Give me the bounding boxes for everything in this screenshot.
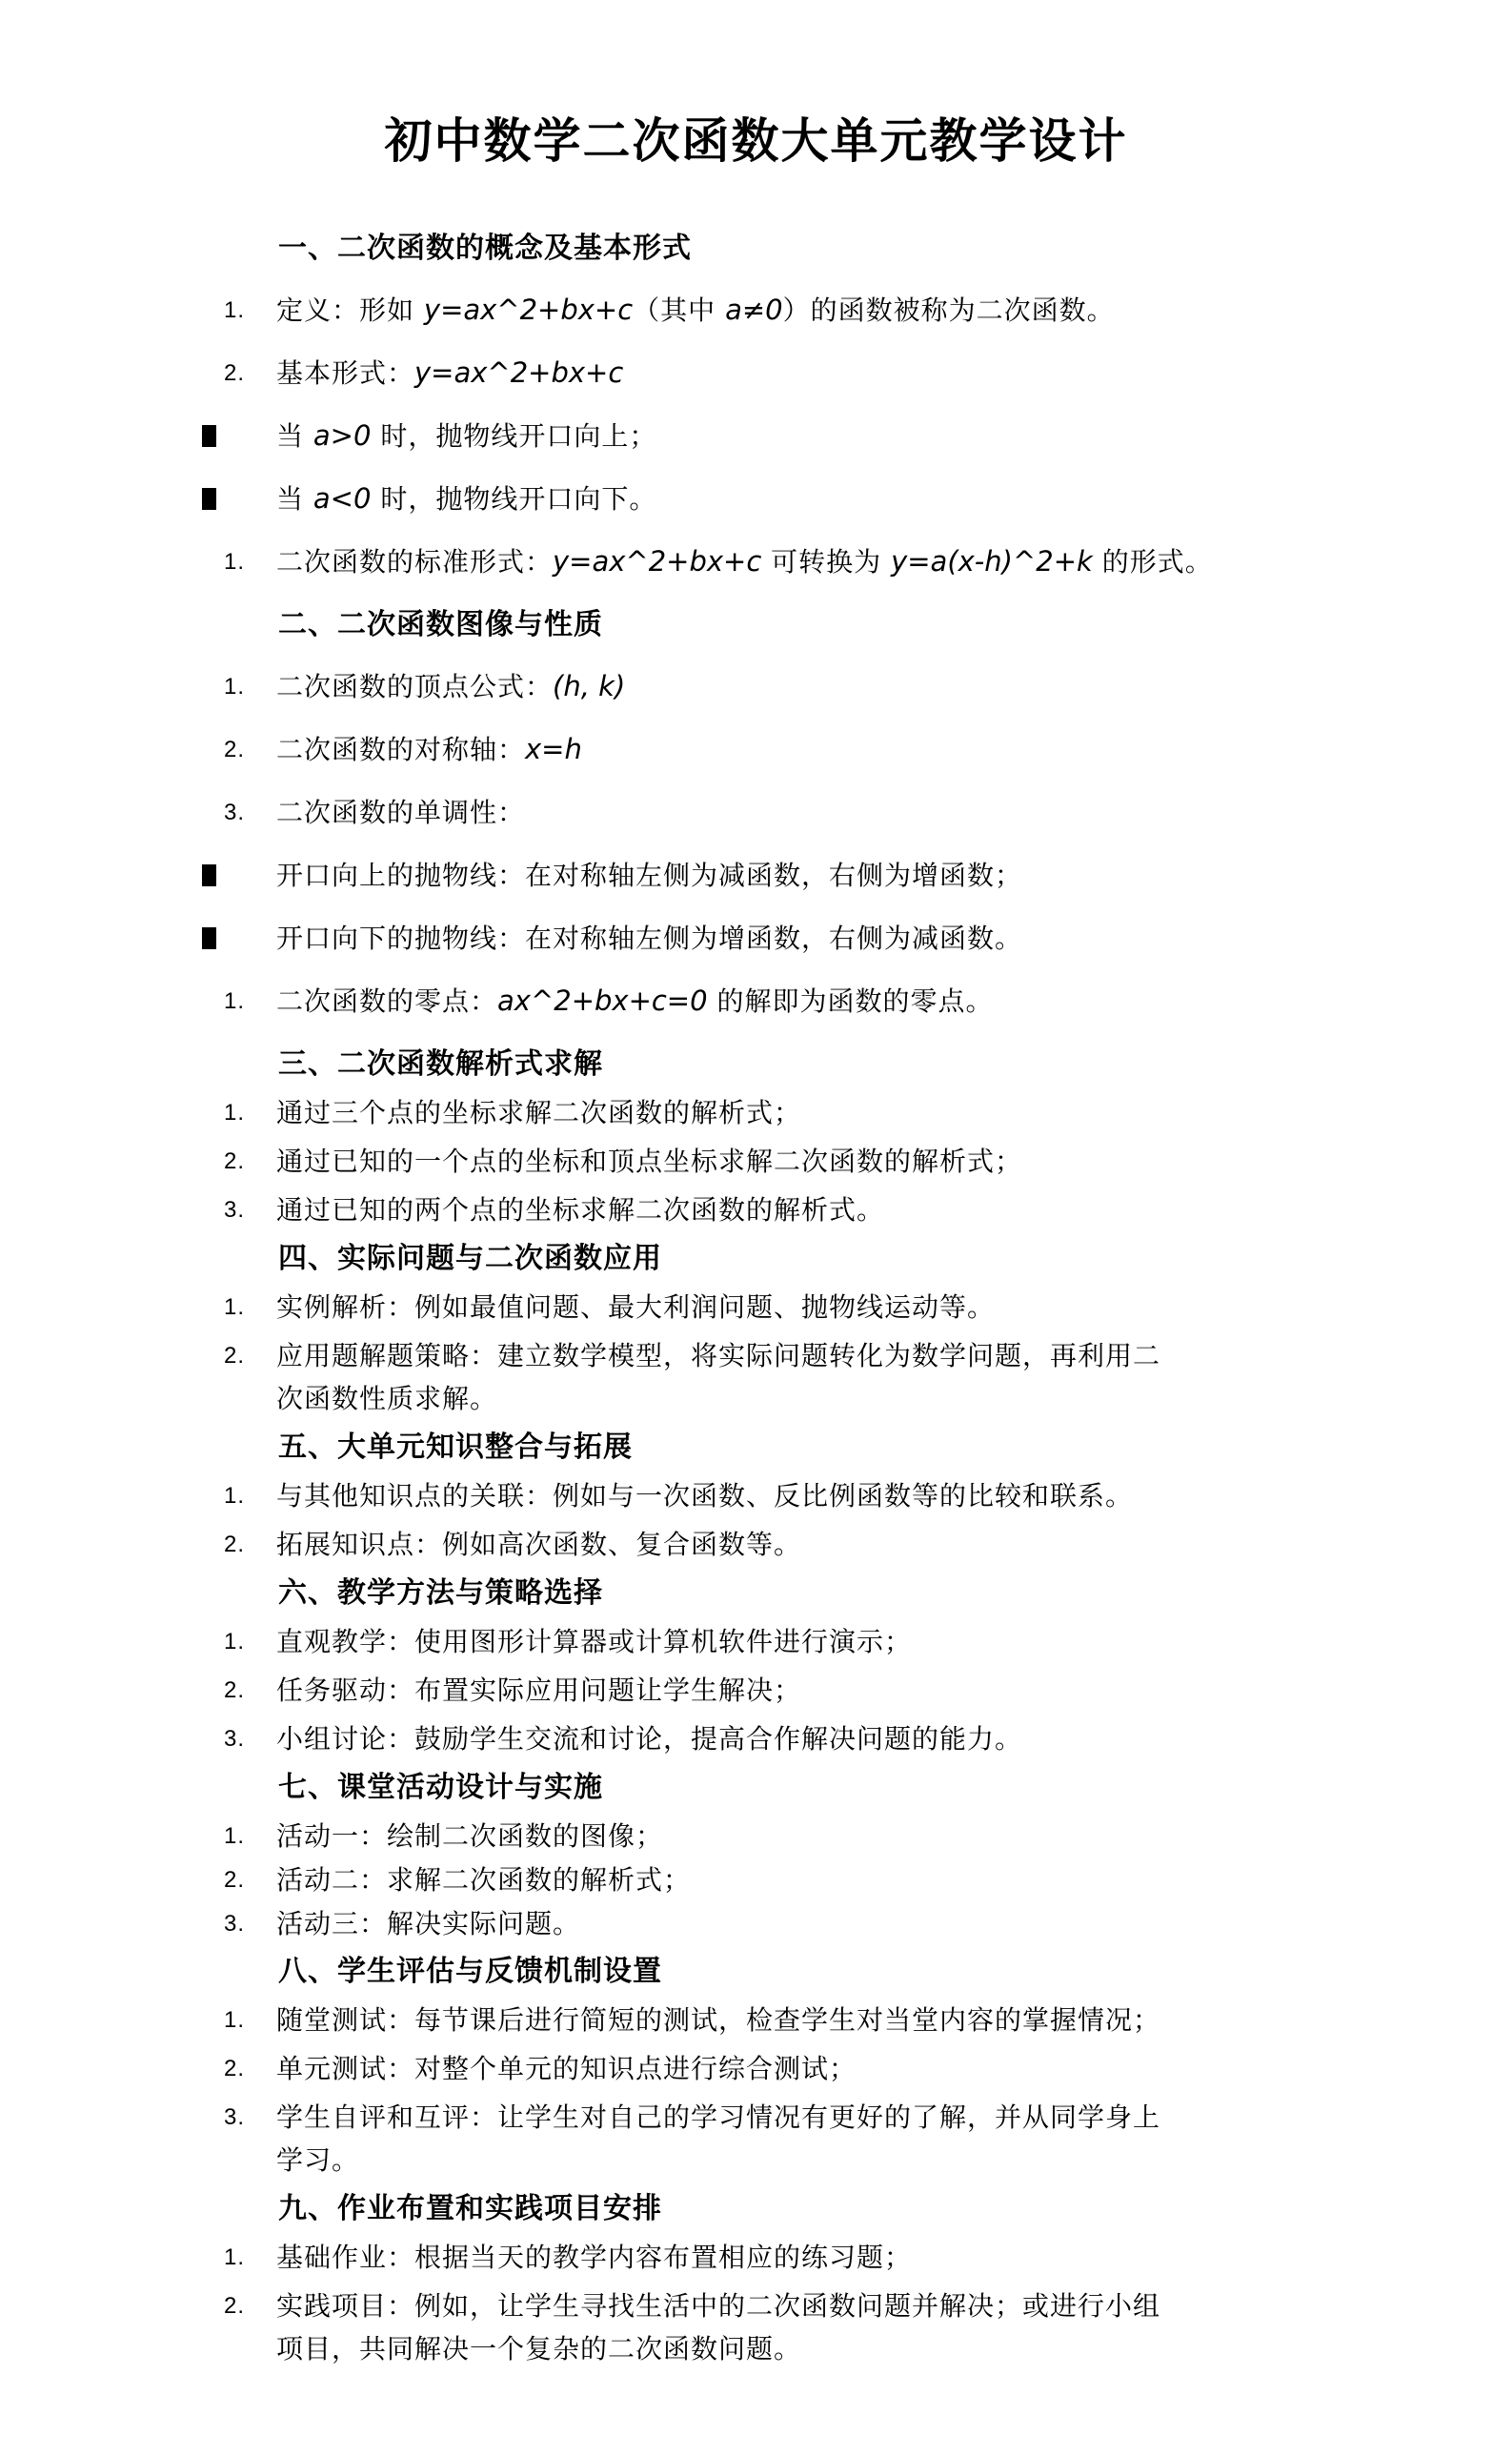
item-text: 应用题解题策略：建立数学模型，将实际问题转化为数学问题，再利用二次函数性质求解。: [276, 1340, 1160, 1414]
text-run: 二次函数的对称轴：: [276, 734, 525, 765]
math-formula: a<0: [313, 482, 372, 515]
list-item: 3.通过已知的两个点的坐标求解二次函数的解析式。: [0, 1188, 1369, 1231]
item-text: 活动二：求解二次函数的解析式；: [276, 1864, 691, 1896]
number-marker: 3.: [224, 791, 276, 834]
math-formula: (h, k): [553, 670, 625, 702]
number-marker: 2.: [224, 2284, 276, 2327]
number-marker: 1.: [224, 980, 276, 1023]
list-item: 2.实践项目：例如，让学生寻找生活中的二次函数问题并解决；或进行小组项目，共同解…: [0, 2284, 1369, 2370]
section-heading: 七、课堂活动设计与实施: [0, 1766, 1369, 1809]
bullet-square-icon: [202, 927, 216, 949]
item-text: 与其他知识点的关联：例如与一次函数、反比例函数等的比较和联系。: [276, 1480, 1133, 1512]
list-item: 2.二次函数的对称轴：x=h: [0, 728, 1369, 771]
section: 八、学生评估与反馈机制设置1.随堂测试：每节课后进行简短的测试，检查学生对当堂内…: [0, 1950, 1369, 2182]
section: 六、教学方法与策略选择1.直观教学：使用图形计算器或计算机软件进行演示；2.任务…: [0, 1572, 1369, 1760]
section: 五、大单元知识整合与拓展1.与其他知识点的关联：例如与一次函数、反比例函数等的比…: [0, 1426, 1369, 1566]
item-text: 实例解析：例如最值问题、最大利润问题、抛物线运动等。: [276, 1291, 995, 1323]
bullet-square-icon: [202, 425, 216, 447]
section-heading: 九、作业布置和实践项目安排: [0, 2187, 1369, 2230]
text-run: 可转换为: [761, 546, 891, 578]
item-text: 通过三个点的坐标求解二次函数的解析式；: [276, 1097, 801, 1128]
list-item: 开口向上的抛物线：在对称轴左侧为减函数，右侧为增函数；: [0, 854, 1369, 897]
text-run: 开口向上的抛物线：在对称轴左侧为减函数，右侧为增函数；: [276, 860, 1022, 891]
section-heading: 八、学生评估与反馈机制设置: [0, 1950, 1369, 1993]
math-formula: y=ax^2+bx+c: [424, 294, 633, 326]
item-text: 单元测试：对整个单元的知识点进行综合测试；: [276, 2053, 857, 2084]
number-marker: 2.: [224, 1140, 276, 1183]
text-run: 学习。: [276, 2144, 359, 2176]
number-marker: 2.: [224, 352, 276, 395]
list-item: 1.二次函数的零点：ax^2+bx+c=0 的解即为函数的零点。: [0, 980, 1369, 1023]
list-item: 1.定义：形如 y=ax^2+bx+c（其中 a≠0）的函数被称为二次函数。: [0, 289, 1369, 332]
text-run: 小组讨论：鼓励学生交流和讨论，提高合作解决问题的能力。: [276, 1723, 1022, 1755]
text-run: 学生自评和互评：让学生对自己的学习情况有更好的了解，并从同学身上: [276, 2101, 1160, 2133]
item-text: 二次函数的单调性：: [276, 797, 525, 828]
item-text: 开口向下的抛物线：在对称轴左侧为增函数，右侧为减函数。: [276, 923, 1022, 954]
bullet-square-icon: [202, 864, 216, 886]
text-run: 任务驱动：布置实际应用问题让学生解决；: [276, 1675, 801, 1706]
section-heading: 四、实际问题与二次函数应用: [0, 1237, 1369, 1280]
item-text: 活动三：解决实际问题。: [276, 1908, 580, 1939]
item-text: 二次函数的对称轴：x=h: [276, 734, 582, 765]
number-marker: 2.: [224, 1669, 276, 1712]
document-body: 一、二次函数的概念及基本形式1.定义：形如 y=ax^2+bx+c（其中 a≠0…: [0, 170, 1512, 2370]
section: 四、实际问题与二次函数应用1.实例解析：例如最值问题、最大利润问题、抛物线运动等…: [0, 1237, 1369, 1420]
text-run: 当: [276, 483, 313, 515]
section: 二、二次函数图像与性质1.二次函数的顶点公式：(h, k)2.二次函数的对称轴：…: [0, 603, 1369, 1023]
number-marker: 3.: [224, 1717, 276, 1760]
item-text: 二次函数的标准形式：y=ax^2+bx+c 可转换为 y=a(x-h)^2+k …: [276, 546, 1213, 578]
number-marker: 1.: [224, 1999, 276, 2041]
document-page: 初中数学二次函数大单元教学设计 一、二次函数的概念及基本形式1.定义：形如 y=…: [0, 0, 1512, 2456]
list-item: 2.基本形式：y=ax^2+bx+c: [0, 352, 1369, 395]
list-item: 1.直观教学：使用图形计算器或计算机软件进行演示；: [0, 1620, 1369, 1663]
math-formula: y=ax^2+bx+c: [553, 545, 761, 578]
item-text: 通过已知的一个点的坐标和顶点坐标求解二次函数的解析式；: [276, 1146, 1022, 1177]
item-text: 直观教学：使用图形计算器或计算机软件进行演示；: [276, 1626, 912, 1657]
list-item: 1.实例解析：例如最值问题、最大利润问题、抛物线运动等。: [0, 1286, 1369, 1329]
item-text: 定义：形如 y=ax^2+bx+c（其中 a≠0）的函数被称为二次函数。: [276, 294, 1115, 326]
text-run: 活动一：绘制二次函数的图像；: [276, 1820, 663, 1852]
number-marker: 1.: [224, 1620, 276, 1663]
text-run: 的解即为函数的零点。: [708, 985, 994, 1017]
math-formula: a>0: [313, 419, 372, 452]
text-run: 通过三个点的坐标求解二次函数的解析式；: [276, 1097, 801, 1128]
number-marker: 1.: [224, 665, 276, 708]
text-run: 随堂测试：每节课后进行简短的测试，检查学生对当堂内容的掌握情况；: [276, 2004, 1160, 2036]
text-run: 二次函数的顶点公式：: [276, 671, 553, 702]
text-run: ）的函数被称为二次函数。: [783, 294, 1115, 326]
item-text: 当 a<0 时，抛物线开口向下。: [276, 483, 656, 515]
item-text: 活动一：绘制二次函数的图像；: [276, 1820, 663, 1852]
list-item: 3.学生自评和互评：让学生对自己的学习情况有更好的了解，并从同学身上学习。: [0, 2096, 1369, 2182]
number-marker: 1.: [224, 289, 276, 332]
list-item: 3.活动三：解决实际问题。: [0, 1902, 1369, 1945]
list-item: 1.通过三个点的坐标求解二次函数的解析式；: [0, 1091, 1369, 1134]
number-marker: 2.: [224, 2047, 276, 2090]
bullet-square-icon: [202, 488, 216, 510]
text-run: 活动三：解决实际问题。: [276, 1908, 580, 1939]
list-item: 3.二次函数的单调性：: [0, 791, 1369, 834]
item-text: 拓展知识点：例如高次函数、复合函数等。: [276, 1529, 801, 1560]
list-item: 2.应用题解题策略：建立数学模型，将实际问题转化为数学问题，再利用二次函数性质求…: [0, 1334, 1369, 1420]
section-heading: 一、二次函数的概念及基本形式: [0, 227, 1369, 270]
section: 三、二次函数解析式求解1.通过三个点的坐标求解二次函数的解析式；2.通过已知的一…: [0, 1043, 1369, 1231]
item-text: 二次函数的顶点公式：(h, k): [276, 671, 625, 702]
text-run: 通过已知的一个点的坐标和顶点坐标求解二次函数的解析式；: [276, 1146, 1022, 1177]
list-item: 3.小组讨论：鼓励学生交流和讨论，提高合作解决问题的能力。: [0, 1717, 1369, 1760]
list-item: 当 a>0 时，抛物线开口向上；: [0, 415, 1369, 457]
text-run: 二次函数的标准形式：: [276, 546, 553, 578]
number-marker: 2.: [224, 1523, 276, 1566]
list-item: 开口向下的抛物线：在对称轴左侧为增函数，右侧为减函数。: [0, 917, 1369, 960]
text-run: 基础作业：根据当天的教学内容布置相应的练习题；: [276, 2242, 912, 2273]
text-run: 与其他知识点的关联：例如与一次函数、反比例函数等的比较和联系。: [276, 1480, 1133, 1512]
section-heading: 六、教学方法与策略选择: [0, 1572, 1369, 1614]
item-text: 开口向上的抛物线：在对称轴左侧为减函数，右侧为增函数；: [276, 860, 1022, 891]
list-item: 当 a<0 时，抛物线开口向下。: [0, 477, 1369, 520]
number-marker: 1.: [224, 540, 276, 583]
item-text: 小组讨论：鼓励学生交流和讨论，提高合作解决问题的能力。: [276, 1723, 1022, 1755]
number-marker: 1.: [224, 1286, 276, 1329]
text-run: 单元测试：对整个单元的知识点进行综合测试；: [276, 2053, 857, 2084]
text-run: 二次函数的零点：: [276, 985, 497, 1017]
item-text: 任务驱动：布置实际应用问题让学生解决；: [276, 1675, 801, 1706]
section-heading: 三、二次函数解析式求解: [0, 1043, 1369, 1086]
text-run: 项目，共同解决一个复杂的二次函数问题。: [276, 2333, 801, 2365]
number-marker: 1.: [224, 2236, 276, 2279]
section-heading: 五、大单元知识整合与拓展: [0, 1426, 1369, 1469]
list-item: 1.活动一：绘制二次函数的图像；: [0, 1815, 1369, 1857]
page-title: 初中数学二次函数大单元教学设计: [0, 0, 1512, 170]
item-text: 当 a>0 时，抛物线开口向上；: [276, 420, 656, 452]
list-item: 2.活动二：求解二次函数的解析式；: [0, 1858, 1369, 1901]
math-formula: y=a(x-h)^2+k: [891, 545, 1093, 578]
number-marker: 1.: [224, 1474, 276, 1517]
number-marker: 3.: [224, 2096, 276, 2139]
number-marker: 2.: [224, 1858, 276, 1901]
number-marker: 2.: [224, 728, 276, 771]
item-text: 随堂测试：每节课后进行简短的测试，检查学生对当堂内容的掌握情况；: [276, 2004, 1160, 2036]
math-formula: ax^2+bx+c=0: [497, 984, 708, 1017]
text-run: 当: [276, 420, 313, 452]
text-run: 直观教学：使用图形计算器或计算机软件进行演示；: [276, 1626, 912, 1657]
section: 一、二次函数的概念及基本形式1.定义：形如 y=ax^2+bx+c（其中 a≠0…: [0, 227, 1369, 583]
text-run: 通过已知的两个点的坐标求解二次函数的解析式。: [276, 1194, 884, 1226]
math-formula: x=h: [525, 733, 582, 765]
number-marker: 3.: [224, 1902, 276, 1945]
number-marker: 1.: [224, 1815, 276, 1857]
text-run: 时，抛物线开口向下。: [371, 483, 656, 515]
list-item: 2.单元测试：对整个单元的知识点进行综合测试；: [0, 2047, 1369, 2090]
text-run: 的形式。: [1093, 546, 1213, 578]
section: 九、作业布置和实践项目安排1.基础作业：根据当天的教学内容布置相应的练习题；2.…: [0, 2187, 1369, 2370]
section: 七、课堂活动设计与实施1.活动一：绘制二次函数的图像；2.活动二：求解二次函数的…: [0, 1766, 1369, 1945]
item-text: 学生自评和互评：让学生对自己的学习情况有更好的了解，并从同学身上学习。: [276, 2101, 1160, 2176]
text-run: 实践项目：例如，让学生寻找生活中的二次函数问题并解决；或进行小组: [276, 2290, 1160, 2322]
item-text: 实践项目：例如，让学生寻找生活中的二次函数问题并解决；或进行小组项目，共同解决一…: [276, 2290, 1160, 2365]
text-run: 定义：形如: [276, 294, 424, 326]
list-item: 1.基础作业：根据当天的教学内容布置相应的练习题；: [0, 2236, 1369, 2279]
text-run: 应用题解题策略：建立数学模型，将实际问题转化为数学问题，再利用二: [276, 1340, 1160, 1371]
text-run: 开口向下的抛物线：在对称轴左侧为增函数，右侧为减函数。: [276, 923, 1022, 954]
text-run: 次函数性质求解。: [276, 1383, 497, 1414]
list-item: 2.通过已知的一个点的坐标和顶点坐标求解二次函数的解析式；: [0, 1140, 1369, 1183]
text-run: 二次函数的单调性：: [276, 797, 525, 828]
list-item: 1.与其他知识点的关联：例如与一次函数、反比例函数等的比较和联系。: [0, 1474, 1369, 1517]
number-marker: 2.: [224, 1334, 276, 1377]
section-heading: 二、二次函数图像与性质: [0, 603, 1369, 646]
item-text: 基本形式：y=ax^2+bx+c: [276, 357, 623, 389]
math-formula: a≠0: [725, 294, 783, 326]
text-run: （其中: [633, 294, 725, 326]
text-run: 基本形式：: [276, 357, 414, 389]
math-formula: y=ax^2+bx+c: [414, 356, 623, 389]
item-text: 通过已知的两个点的坐标求解二次函数的解析式。: [276, 1194, 884, 1226]
list-item: 2.任务驱动：布置实际应用问题让学生解决；: [0, 1669, 1369, 1712]
text-run: 实例解析：例如最值问题、最大利润问题、抛物线运动等。: [276, 1291, 995, 1323]
list-item: 1.随堂测试：每节课后进行简短的测试，检查学生对当堂内容的掌握情况；: [0, 1999, 1369, 2041]
item-text: 基础作业：根据当天的教学内容布置相应的练习题；: [276, 2242, 912, 2273]
list-item: 2.拓展知识点：例如高次函数、复合函数等。: [0, 1523, 1369, 1566]
list-item: 1.二次函数的标准形式：y=ax^2+bx+c 可转换为 y=a(x-h)^2+…: [0, 540, 1369, 583]
number-marker: 3.: [224, 1188, 276, 1231]
text-run: 时，抛物线开口向上；: [371, 420, 656, 452]
number-marker: 1.: [224, 1091, 276, 1134]
text-run: 活动二：求解二次函数的解析式；: [276, 1864, 691, 1896]
text-run: 拓展知识点：例如高次函数、复合函数等。: [276, 1529, 801, 1560]
list-item: 1.二次函数的顶点公式：(h, k): [0, 665, 1369, 708]
item-text: 二次函数的零点：ax^2+bx+c=0 的解即为函数的零点。: [276, 985, 993, 1017]
